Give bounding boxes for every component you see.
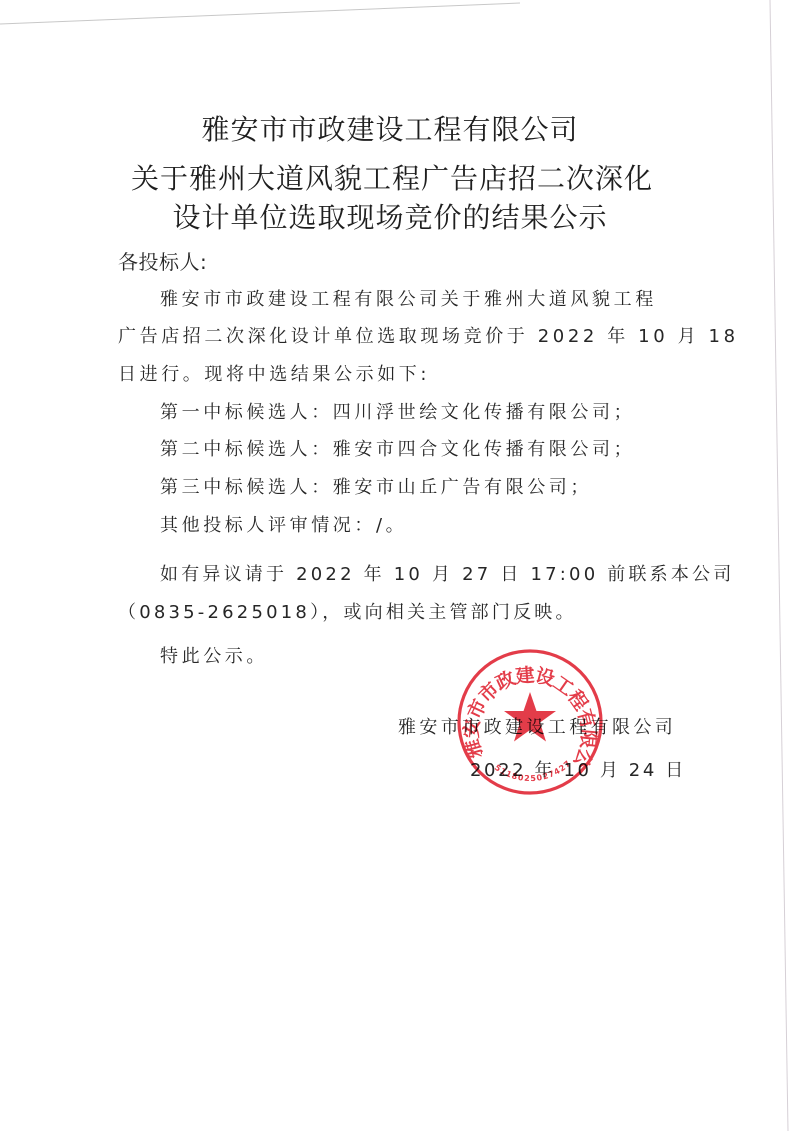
other-bidders-review: 其他投标人评审情况：/。 [160,514,407,538]
title-line-2: 关于雅州大道风貌工程广告店招二次深化 [2,163,782,195]
body-line-intro-1: 雅安市市政建设工程有限公司关于雅州大道风貌工程 [160,288,657,312]
svg-text:5118025027427: 5118025027427 [493,759,572,783]
objection-notice-1: 如有异议请于 2022 年 10 月 27 日 17:00 前联系本公司 [160,563,734,587]
candidate-2: 第二中标候选人：雅安市四合文化传播有限公司； [160,438,635,462]
candidate-3: 第三中标候选人：雅安市山丘广告有限公司； [160,476,592,500]
company-seal-icon: 雅安市市政建设工程有限公司 5118025027427 [455,648,605,798]
seal-star-icon [504,692,556,742]
greeting: 各投标人: [118,249,207,275]
title-line-1: 雅安市市政建设工程有限公司 [0,114,780,146]
body-line-intro-2: 广告店招二次深化设计单位选取现场竞价于 2022 年 10 月 18 [118,325,739,349]
candidate-1: 第一中标候选人：四川浮世绘文化传播有限公司； [160,401,635,425]
scan-edge-top [0,0,800,30]
closing-remark: 特此公示。 [160,645,268,669]
seal-number: 5118025027427 [493,759,572,783]
body-line-intro-3: 日进行。现将中选结果公示如下: [118,363,430,387]
objection-notice-2: （0835-2625018），或向相关主管部门反映。 [118,601,577,625]
title-line-3: 设计单位选取现场竞价的结果公示 [0,202,780,234]
